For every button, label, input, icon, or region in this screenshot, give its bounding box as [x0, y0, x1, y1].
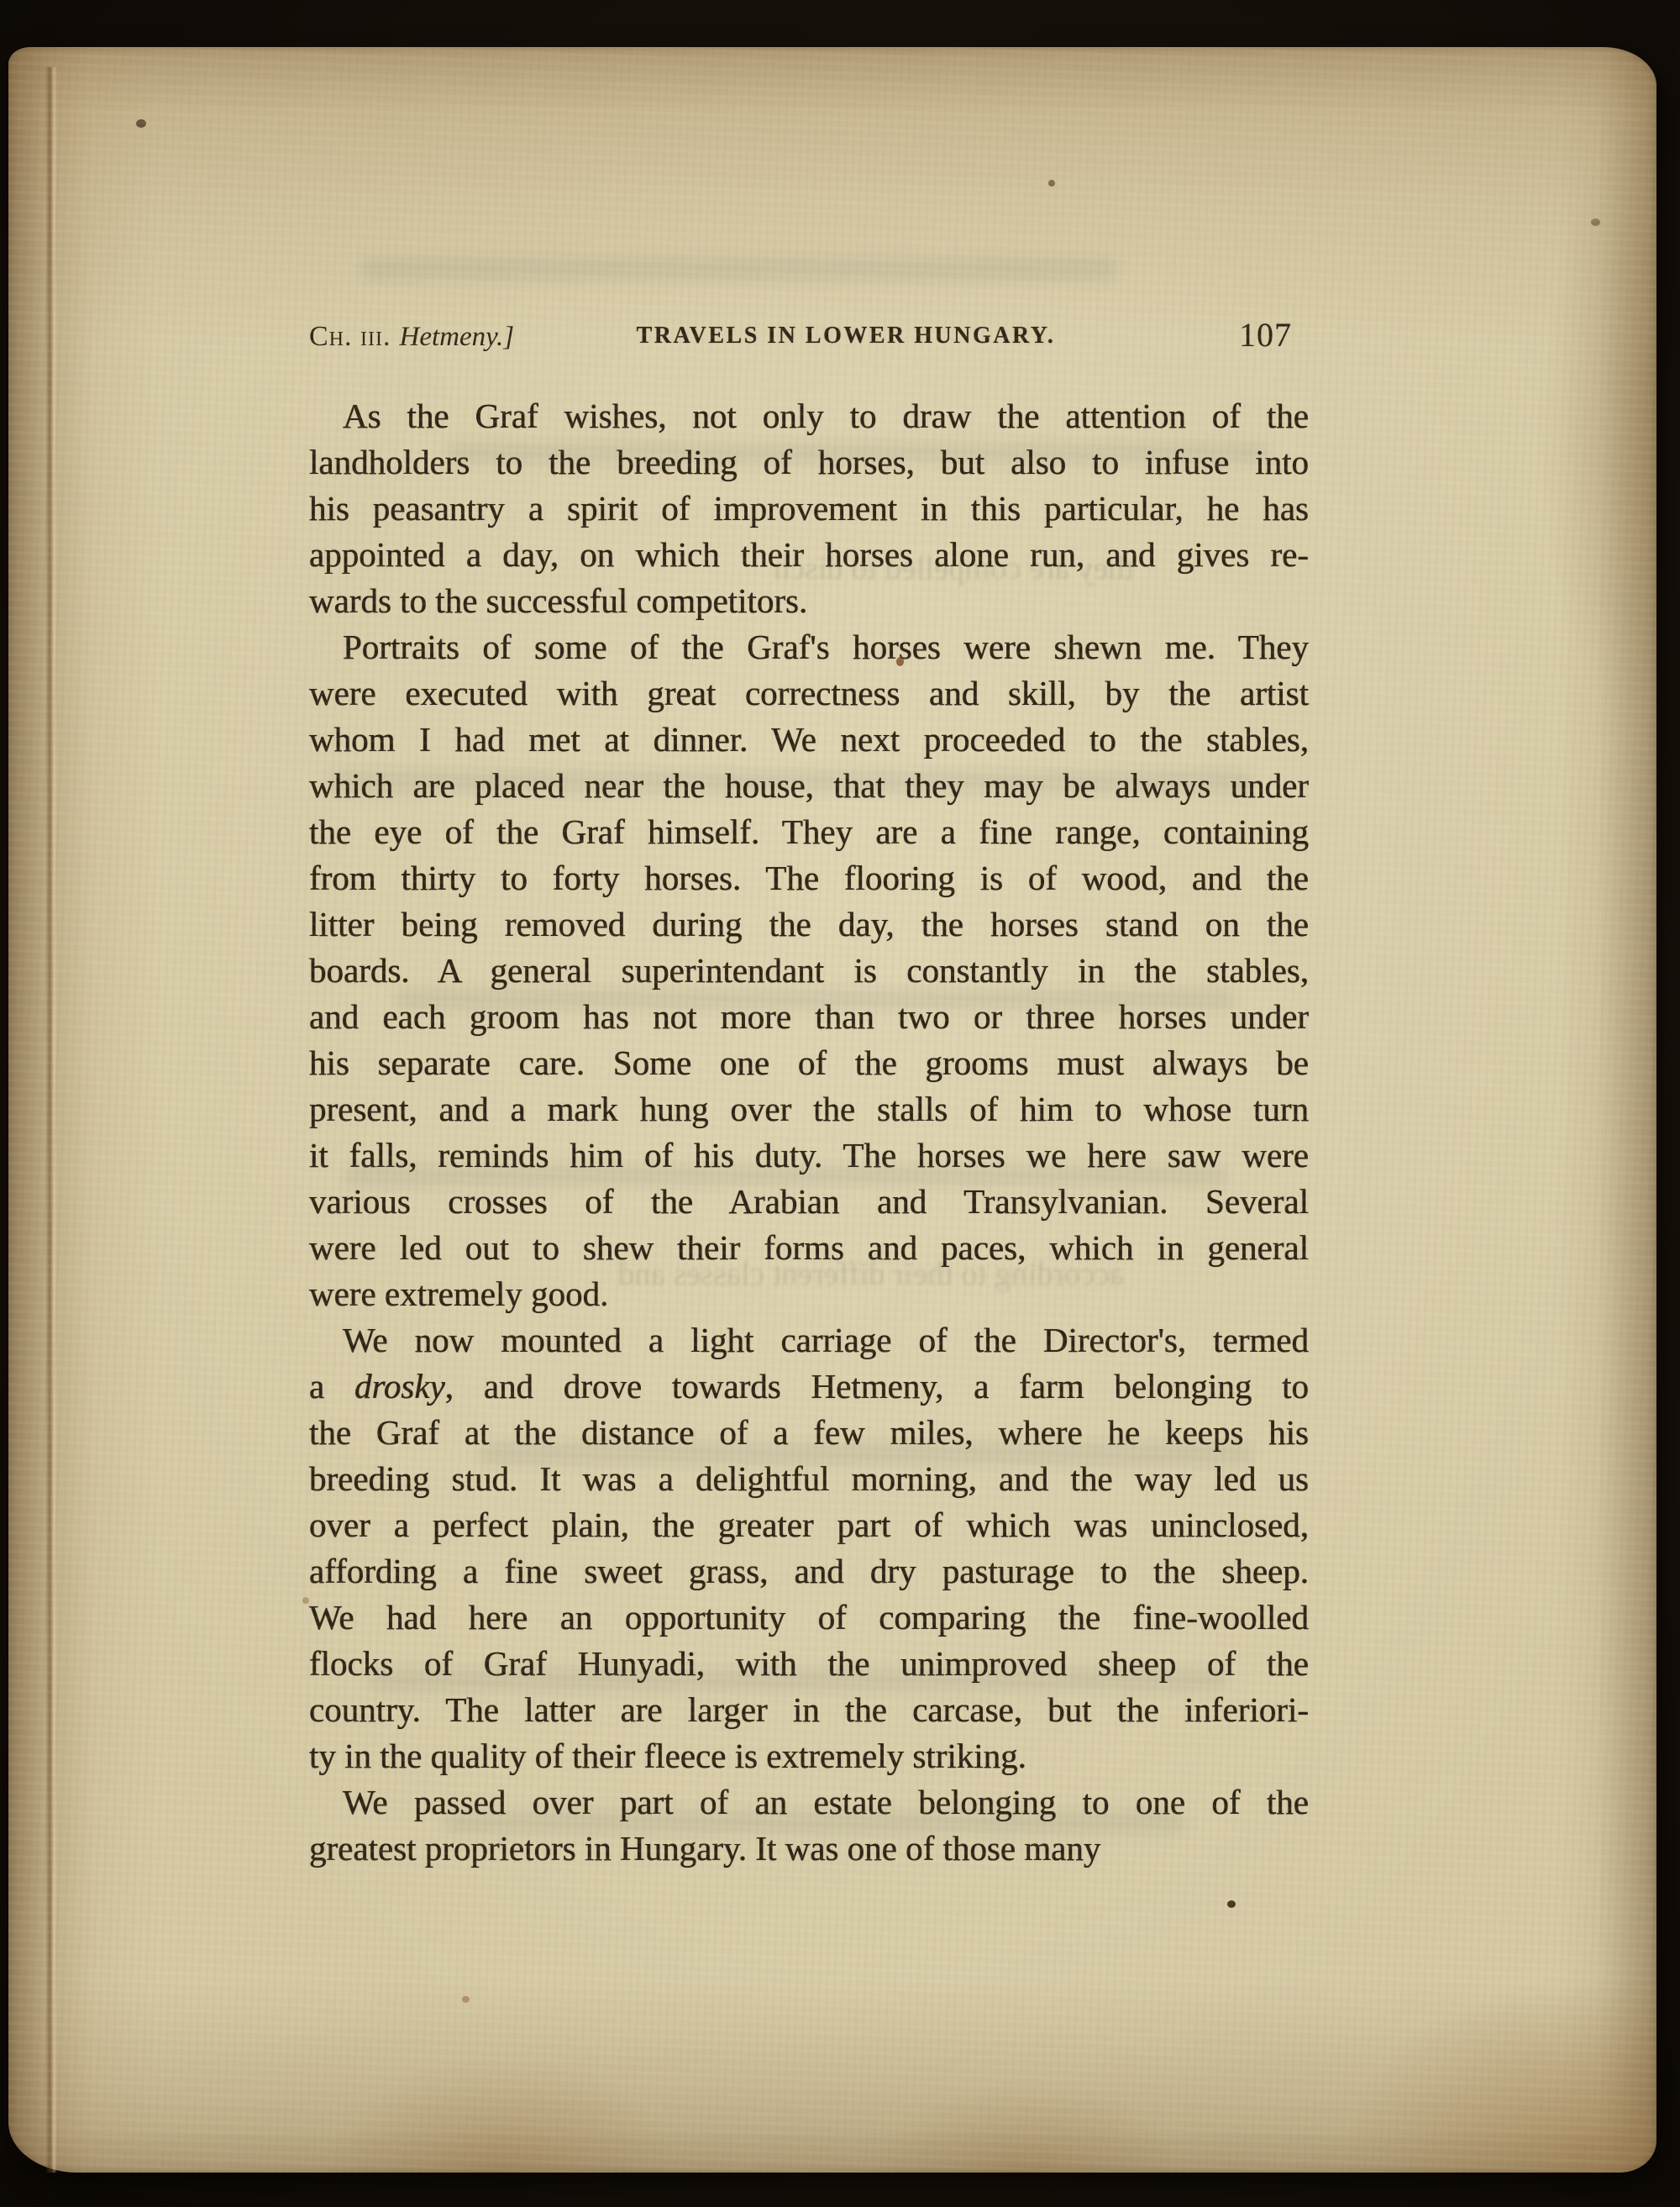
text-line: over a perfect plain, the greater part o… — [309, 1502, 1309, 1548]
text-line: were executed with great correctness and… — [309, 670, 1309, 717]
text-line: We passed over part of an estate belongi… — [309, 1779, 1309, 1826]
text-line: Portraits of some of the Graf's horses w… — [309, 624, 1309, 670]
ink-speck — [1227, 1900, 1236, 1908]
ink-speck — [1591, 218, 1600, 226]
gutter-crease — [45, 67, 57, 2173]
ink-speck — [136, 119, 146, 128]
text-line: his peasantry a spirit of improvement in… — [309, 486, 1309, 532]
text-line: boards. A general superintendant is cons… — [309, 948, 1309, 994]
text-line: As the Graf wishes, not only to draw the… — [309, 393, 1309, 439]
text-line: affording a fine sweet grass, and dry pa… — [309, 1548, 1309, 1595]
text-line: greatest proprietors in Hungary. It was … — [309, 1826, 1309, 1872]
running-header: Ch. iii.Hetmeny.] TRAVELS IN LOWER HUNGA… — [309, 314, 1309, 356]
text-line: appointed a day, on which their horses a… — [309, 532, 1309, 578]
text-line: country. The latter are larger in the ca… — [309, 1687, 1309, 1733]
text-line: a drosky, and drove towards Hetmeny, a f… — [309, 1364, 1309, 1410]
text-line: it falls, reminds him of his duty. The h… — [309, 1132, 1309, 1179]
text-line: present, and a mark hung over the stalls… — [309, 1086, 1309, 1132]
text-line: from thirty to forty horses. The floorin… — [309, 855, 1309, 901]
text-line: were extremely good. — [309, 1271, 1309, 1317]
text-line: the eye of the Graf himself. They are a … — [309, 809, 1309, 855]
text-line: flocks of Graf Hunyadi, with the unimpro… — [309, 1641, 1309, 1687]
text-line: litter being removed during the day, the… — [309, 901, 1309, 948]
text-line: ty in the quality of their fleece is ext… — [309, 1733, 1309, 1779]
text-line: various crosses of the Arabian and Trans… — [309, 1179, 1309, 1225]
text-line: which are placed near the house, that th… — [309, 763, 1309, 809]
text-line: breeding stud. It was a delightful morni… — [309, 1456, 1309, 1502]
text-line: were led out to shew their forms and pac… — [309, 1225, 1309, 1271]
text-line: his separate care. Some one of the groom… — [309, 1040, 1309, 1086]
page-text: As the Graf wishes, not only to draw the… — [309, 393, 1309, 1872]
page: Ch. iii.Hetmeny.] TRAVELS IN LOWER HUNGA… — [8, 47, 1656, 2173]
text-line: landholders to the breeding of horses, b… — [309, 439, 1309, 486]
text-line: the Graf at the distance of a few miles,… — [309, 1410, 1309, 1456]
ink-speck — [1048, 180, 1055, 187]
show-through-streak — [361, 257, 1117, 282]
text-line: We had here an opportunity of comparing … — [309, 1595, 1309, 1641]
foxing-spot — [462, 1996, 470, 2003]
running-title: TRAVELS IN LOWER HUNGARY. — [346, 323, 1346, 349]
foxing-spot — [302, 1597, 309, 1604]
text-line: whom I had met at dinner. We next procee… — [309, 717, 1309, 763]
text-line: We now mounted a light carriage of the D… — [309, 1317, 1309, 1364]
text-line: and each groom has not more than two or … — [309, 994, 1309, 1040]
text-line: wards to the successful competitors. — [309, 578, 1309, 624]
book-scan-background: { "page": { "header": { "chapter": "Ch. … — [0, 0, 1680, 2207]
page-number: 107 — [1239, 315, 1292, 355]
